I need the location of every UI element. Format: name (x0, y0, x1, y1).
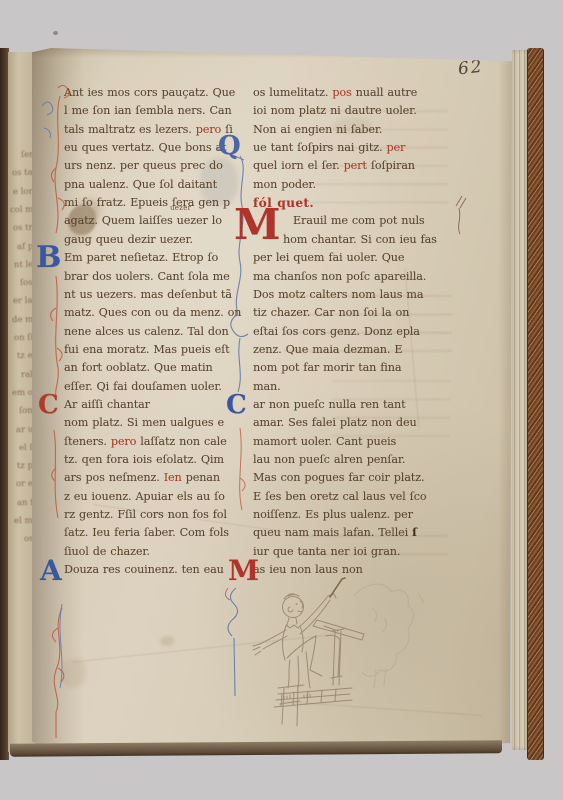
text-line: zenz. Que maia dezman. E (253, 342, 402, 356)
drop-cap-M: M (228, 557, 259, 585)
text-line: Douza res couinenz. ten eau (64, 562, 224, 576)
facing-text-fragment: el m (14, 516, 33, 526)
facing-text-fragment: tz p (17, 461, 33, 471)
text-line: Ant ies mos cors pauçatz. Que (64, 85, 235, 99)
text-line: urs nenz. per queus prec do (64, 158, 223, 172)
drop-cap-Q: Q (218, 133, 241, 159)
facing-text-fragment: er la (13, 296, 33, 307)
text-line: hom chantar. Si con ieu fas (283, 232, 437, 246)
text-line: mon poder. (253, 177, 316, 191)
text-line: noiſſenz. Es plus ualenz. per (253, 507, 413, 521)
text-line: mi ſo fratz. Epueis ſera gen p (64, 195, 230, 209)
facing-text-fragment: de m (12, 314, 33, 325)
drop-cap-C: C (38, 392, 59, 418)
text-line: tiz chazer. Car non ſoi la on (253, 305, 409, 319)
facing-text-fragment: e lor (13, 186, 33, 197)
text-line: l me ſon ian ſembla ners. Can (64, 103, 232, 117)
bottom-board-edge (10, 740, 502, 756)
text-line: nt us uezers. mas deſenbut tã (64, 287, 232, 301)
text-line: mamort uoler. Cant pueis (253, 434, 396, 448)
text-line: Ar aiſſi chantar (64, 397, 150, 411)
faded-stain (60, 658, 86, 688)
text-line: an fort ooblatz. Que matin (64, 360, 213, 374)
background-speck (53, 31, 58, 35)
text-line: iur que tanta ner ioi gran. (253, 544, 400, 558)
text-line: ioi nom platz ni dautre uoler. (253, 103, 417, 117)
facing-text-fragment: os ta (12, 168, 33, 179)
text-line: as ieu non laus non (253, 562, 363, 576)
text-line: tz. qen fora iois eſolatz. Qim (64, 452, 224, 466)
faded-stain (160, 636, 174, 646)
text-line: matz. Ques con ou da menz. on (64, 305, 241, 319)
text-line: ar non pueſc nulla ren tant (253, 397, 405, 411)
vellum-wrinkle (282, 701, 482, 716)
text-line: ſteners. pero laſſatz non cale (64, 434, 227, 448)
text-line: amar. Ses falei platz non deu (253, 415, 417, 429)
text-line: nom pot far morir tan fina (253, 360, 401, 374)
page-edges (512, 50, 527, 750)
facing-text-fragment: an ſ (16, 497, 33, 507)
facing-text-fragment: tz e (17, 351, 33, 361)
text-line: nom platz. Si men ualgues e (64, 415, 224, 429)
vellum-wrinkle (73, 634, 332, 662)
manuscript-photo: ſeros tae lorcol mos traf pnt leſoser la… (0, 0, 563, 800)
facing-text-fragment: os tr (13, 223, 33, 234)
drop-cap-A: A (40, 557, 62, 585)
text-line: Mas con pogues far coir platz. (253, 470, 424, 484)
manuscript-page: Ant ies mos cors pauçatz. Quel me ſon ia… (32, 48, 512, 748)
facing-text-fragment: os (23, 534, 33, 544)
drop-cap-B: B (36, 243, 61, 273)
facing-text-fragment: col m (10, 205, 34, 216)
text-line: Non ai engien ni ſaber. (253, 122, 382, 136)
facing-text-fragment: el ſ (19, 443, 33, 453)
facing-text-fragment: ſos (20, 278, 33, 288)
text-line: gaug queu dezir uezer. (64, 232, 193, 246)
facing-text-fragment: ſon (19, 406, 33, 416)
pen-trial-mark-icon (456, 196, 466, 234)
text-line: os lumelitatz. pos nuall autre (253, 85, 417, 99)
text-line: per lei quem fai uoler. Que (253, 250, 404, 264)
text-line: lau non pueſc alren penſar. (253, 452, 405, 466)
folio-number-ink: 62 (457, 57, 485, 80)
text-line: rz gentz. Fſil cors non fos fol (64, 507, 227, 521)
facing-text-fragment: or e (16, 479, 33, 489)
text-line: man. (253, 379, 281, 393)
cover-fore-edge (527, 48, 544, 760)
text-line: nene alces us calenz. Tal don (64, 324, 229, 338)
text-line: eu ques vertatz. Que bons at (64, 140, 226, 154)
facing-text-fragment: ar u (16, 424, 34, 434)
text-line: tals maltratz es lezers. pero ſi (64, 122, 233, 136)
text-line: ſatz. Ieu feria ſaber. Com fols (64, 525, 229, 539)
text-line: Erauil me com pot nuls (293, 213, 425, 227)
text-line: ars pos neſmenz. Ien penan (64, 470, 220, 484)
text-line: eſtai ſos cors genz. Donz epla (253, 324, 420, 338)
facing-text-fragment: ral (21, 369, 33, 379)
drop-cap-C: C (226, 392, 247, 418)
open-book: ſeros tae lorcol mos traf pnt leſoser la… (0, 40, 563, 765)
text-line: ue tant ſoſpirs nai gitz. per (253, 140, 405, 154)
facing-page-edge: ſeros tae lorcol mos traf pnt leſoser la… (8, 52, 34, 752)
text-line: ſiuol de chazer. (64, 544, 150, 558)
text-line: fui ena moratz. Mas pueis eſt (64, 342, 230, 356)
text-line: Dos motz calters nom laus ma (253, 287, 423, 301)
facing-text-fragment: ſer (21, 150, 34, 160)
text-line: brar dos uolers. Cant ſola me (64, 269, 230, 283)
drop-cap-M: M (234, 204, 281, 246)
figure-sketch-ghost (354, 584, 424, 688)
page-top-shadow (32, 48, 512, 58)
facing-text-fragment: nt le (14, 260, 34, 271)
text-line: agatz. Quem laiſſes uezer lo (64, 213, 222, 227)
text-line: ma chanſos non poſc apareilla. (253, 269, 426, 283)
text-line: eſſer. Qi fai douſamen uoler. (64, 379, 222, 393)
page-edge-shadow (498, 48, 512, 748)
facing-text-fragment: af p (17, 241, 34, 251)
text-line: pna ualenz. Que ſol daitant (64, 177, 217, 191)
folio-number-pencil: 63 (490, 48, 505, 61)
text-line: z eu iouenz. Apuiar els au ſo (64, 489, 225, 503)
text-line: queu nam mais lafan. Tellei ſ (253, 525, 417, 539)
facing-text-fragment: on ſi (14, 333, 33, 343)
facing-text-fragment: em o (12, 388, 33, 399)
text-line: E ſes ben oretz cal laus vel ſco (253, 489, 426, 503)
interlinear-correction: uezer (170, 204, 191, 212)
text-line: quel iorn el ſer. pert ſoſpiran (253, 158, 415, 172)
text-line: Em paret neſietaz. Etrop ſo (64, 250, 218, 264)
